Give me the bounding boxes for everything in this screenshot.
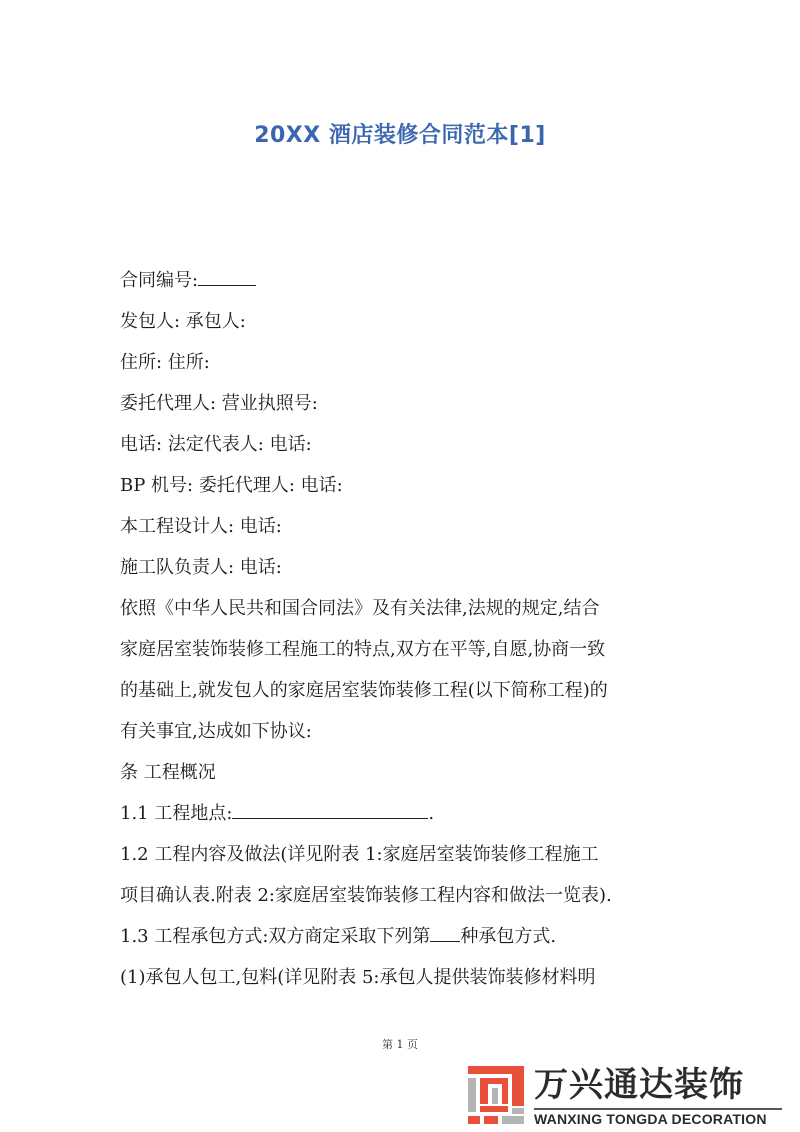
line-parties: 发包人: 承包人: xyxy=(120,307,690,348)
paragraph-preamble-line-2: 家庭居室装饰装修工程施工的特点,双方在平等,自愿,协商一致 xyxy=(120,635,690,676)
line-agent-license: 委托代理人: 营业执照号: xyxy=(120,389,690,430)
clause-1-1-suffix: . xyxy=(428,803,434,824)
contract-number-label: 合同编号: xyxy=(120,270,198,291)
page-number: 第 1 页 xyxy=(0,1036,800,1052)
logo-mark-icon xyxy=(468,1066,524,1124)
line-designer-phone: 本工程设计人: 电话: xyxy=(120,512,690,553)
location-blank xyxy=(232,800,428,819)
clause-1-2-line-2: 项目确认表.附表 2:家庭居室装饰装修工程内容和做法一览表). xyxy=(120,881,690,922)
clause-1-3-suffix: 种承包方式. xyxy=(460,926,556,947)
contract-number-blank xyxy=(198,267,256,286)
clause-1-3-contract-method: 1.3 工程承包方式:双方商定采取下列第种承包方式. xyxy=(120,922,690,963)
company-logo-watermark: 万兴通达装饰 WANXING TONGDA DECORATION xyxy=(466,1064,786,1128)
logo-chinese-name: 万兴通达装饰 xyxy=(534,1064,744,1106)
paragraph-preamble-line-1: 依照《中华人民共和国合同法》及有关法律,法规的规定,结合 xyxy=(120,594,690,635)
logo-english-name: WANXING TONGDA DECORATION xyxy=(534,1111,767,1127)
clause-1-3-label: 1.3 工程承包方式:双方商定采取下列第 xyxy=(120,926,430,947)
paragraph-preamble-line-3: 的基础上,就发包人的家庭居室装饰装修工程(以下简称工程)的 xyxy=(120,676,690,717)
clause-1-3-option-1: (1)承包人包工,包料(详见附表 5:承包人提供装饰装修材料明 xyxy=(120,963,690,1004)
clause-1-2-line-1: 1.2 工程内容及做法(详见附表 1:家庭居室装饰装修工程施工 xyxy=(120,840,690,881)
logo-divider xyxy=(534,1108,782,1110)
method-number-blank xyxy=(430,923,460,942)
document-title: 20XX 酒店装修合同范本[1] xyxy=(0,118,800,149)
paragraph-preamble-line-4: 有关事宜,达成如下协议: xyxy=(120,717,690,758)
document-body: 合同编号: 发包人: 承包人: 住所: 住所: 委托代理人: 营业执照号: 电话… xyxy=(120,266,690,1004)
clause-1-1-location: 1.1 工程地点:. xyxy=(120,799,690,840)
section-heading-project-overview: 条 工程概况 xyxy=(120,758,690,799)
line-bp-agent-phone: BP 机号: 委托代理人: 电话: xyxy=(120,471,690,512)
clause-1-1-label: 1.1 工程地点: xyxy=(120,803,232,824)
document-page: 20XX 酒店装修合同范本[1] 合同编号: 发包人: 承包人: 住所: 住所:… xyxy=(0,0,800,1132)
line-team-leader-phone: 施工队负责人: 电话: xyxy=(120,553,690,594)
line-phone-legal-rep: 电话: 法定代表人: 电话: xyxy=(120,430,690,471)
line-contract-number: 合同编号: xyxy=(120,266,690,307)
line-address: 住所: 住所: xyxy=(120,348,690,389)
